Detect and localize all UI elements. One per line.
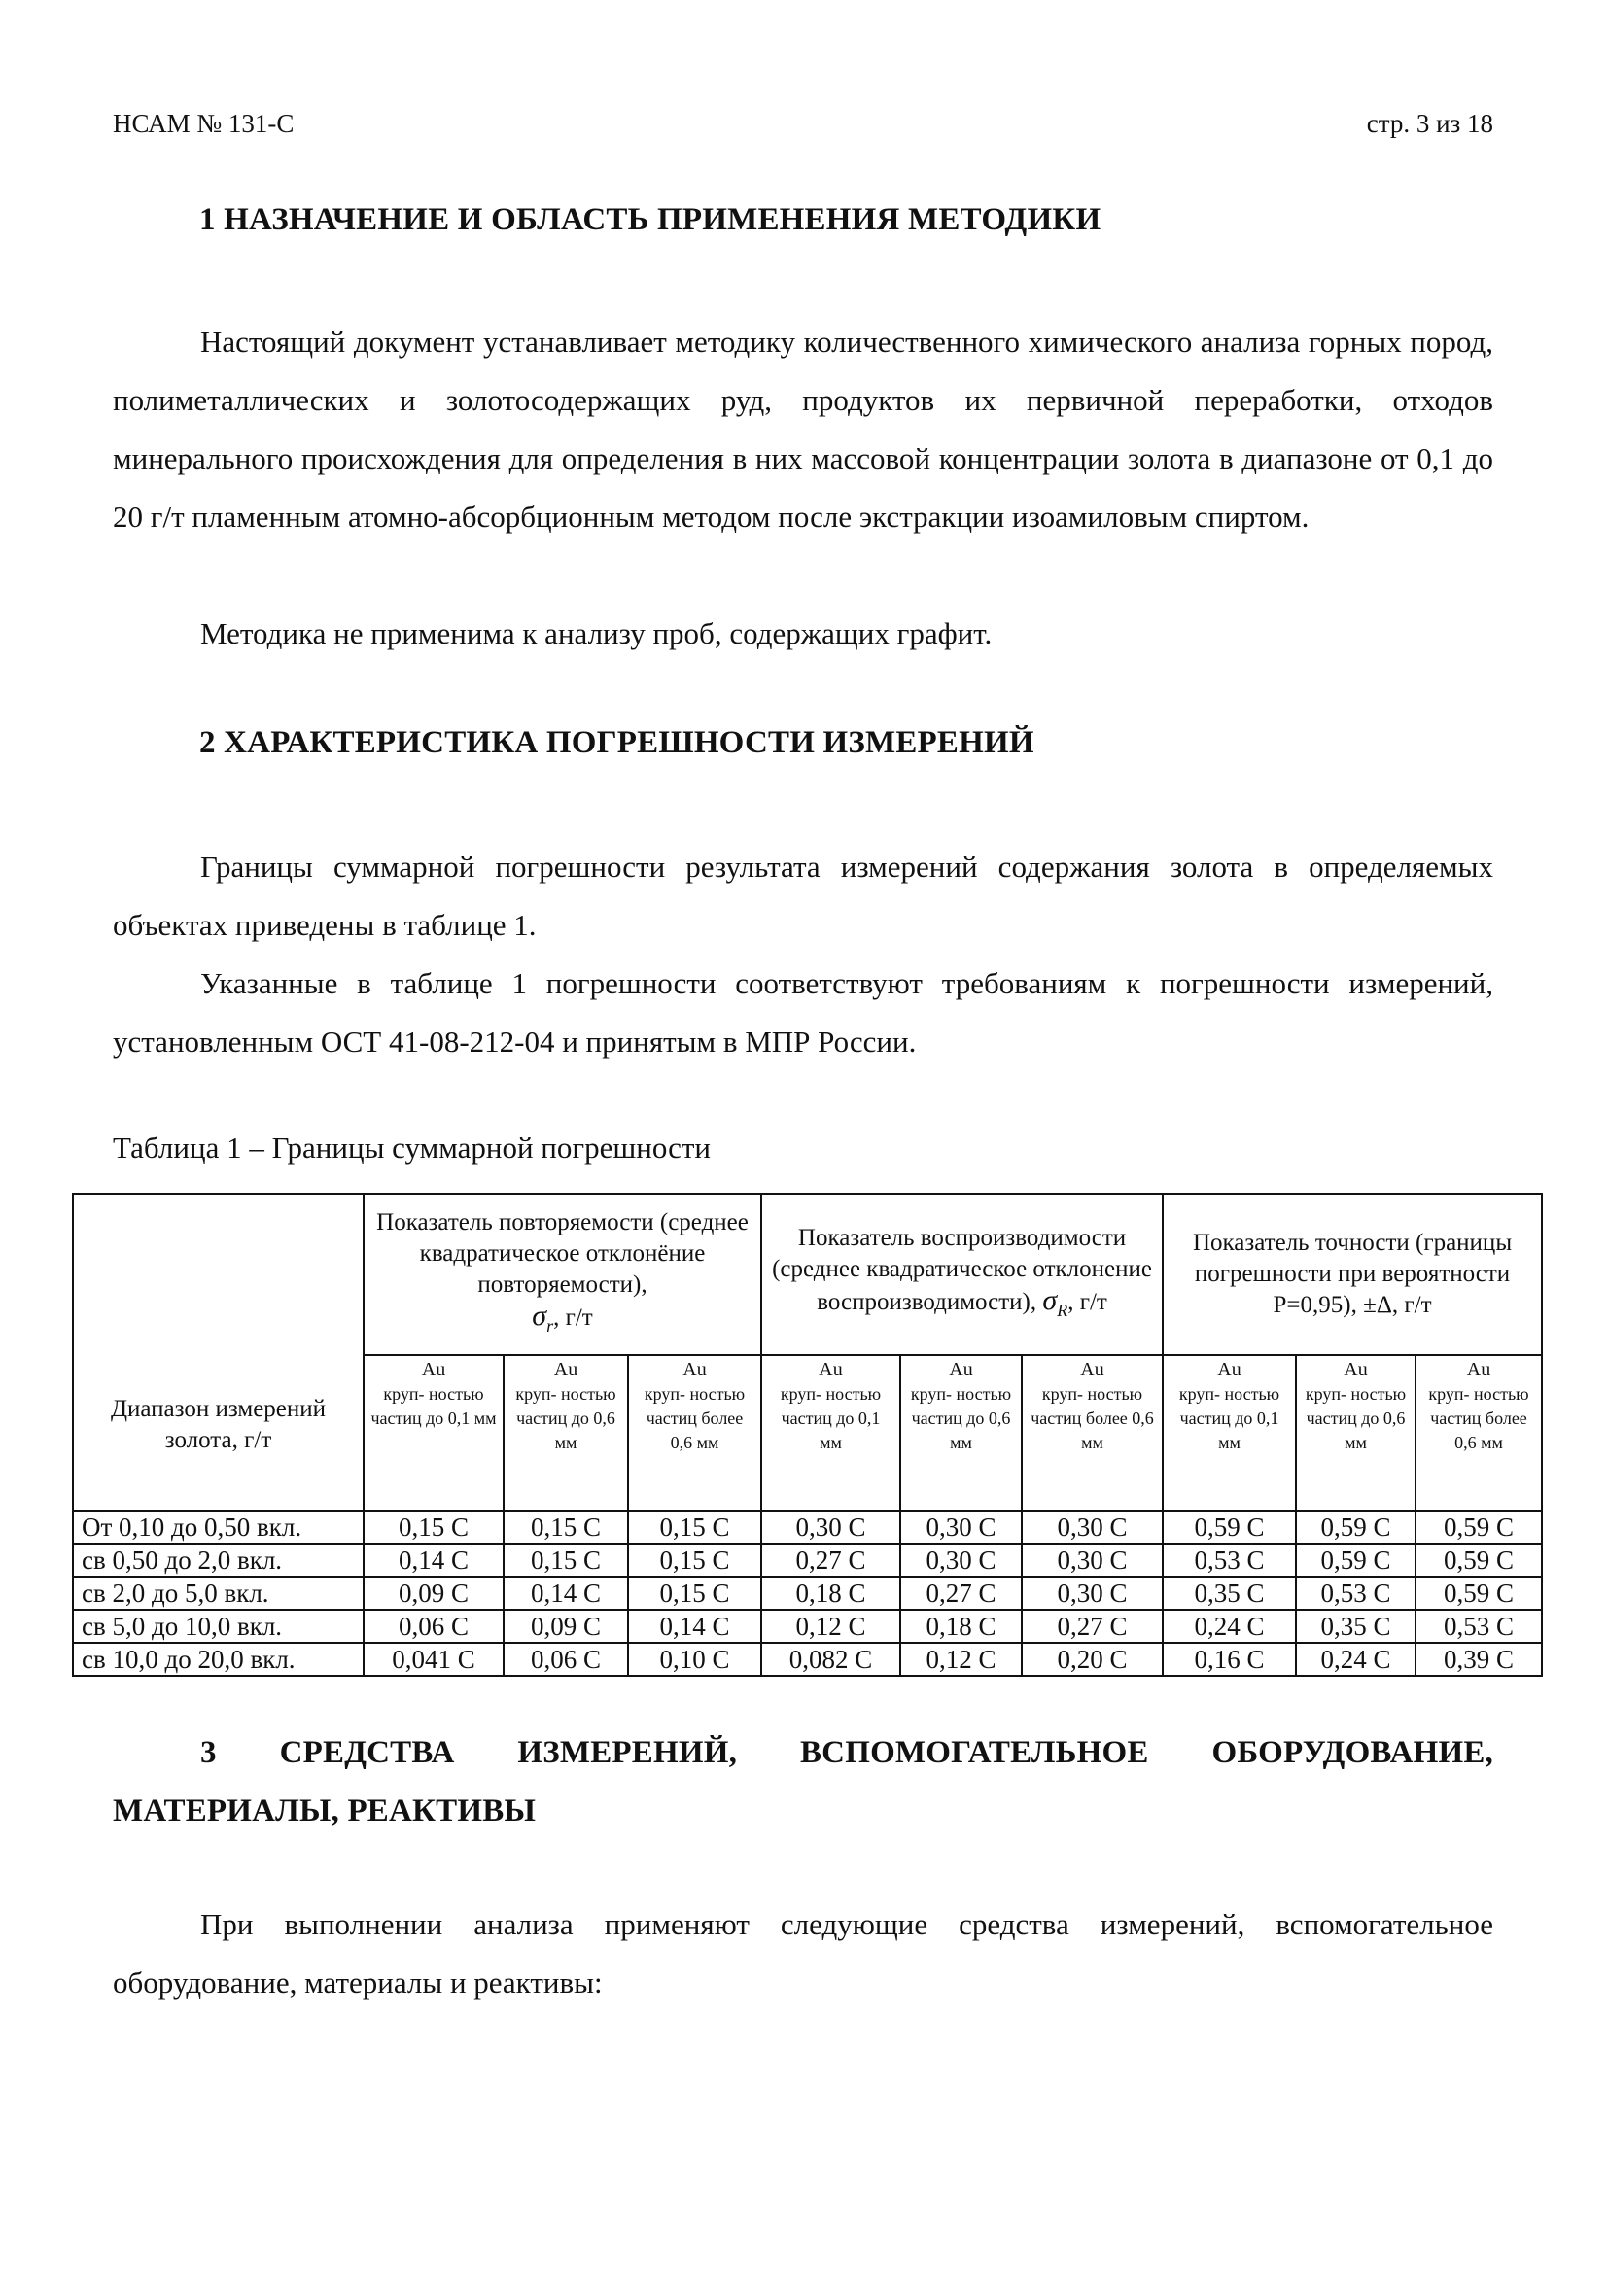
value-cell: 0,10 С	[628, 1643, 761, 1676]
range-cell: От 0,10 до 0,50 вкл.	[73, 1511, 364, 1544]
section-1-paragraph-1: Настоящий документ устанавливает методик…	[113, 313, 1493, 546]
value-cell: 0,30 С	[1022, 1511, 1163, 1544]
value-cell: 0,27 С	[761, 1544, 900, 1577]
document-id: НСАМ № 131-С	[113, 109, 294, 139]
value-cell: 0,39 С	[1416, 1643, 1542, 1676]
subcolumn-element: Au	[762, 1358, 899, 1382]
subcolumn-description: круп- ностью частиц до 0,6 мм	[1297, 1382, 1415, 1455]
subcolumn-description: круп- ностью частиц до 0,1 мм	[1164, 1382, 1295, 1455]
subcolumn-header: Auкруп- ностью частиц более 0,6 мм	[1022, 1355, 1163, 1511]
subcolumn-header: Auкруп- ностью частиц до 0,6 мм	[1296, 1355, 1416, 1511]
value-cell: 0,15 С	[364, 1511, 504, 1544]
section-2-paragraph-1: Границы суммарной погрешности результата…	[113, 838, 1493, 955]
subcolumn-header: Auкруп- ностью частиц более 0,6 мм	[628, 1355, 761, 1511]
reproducibility-group-header: Показатель воспроизводимости (среднее кв…	[761, 1194, 1163, 1355]
subcolumn-description: круп- ностью частиц до 0,6 мм	[505, 1382, 627, 1455]
subcolumn-description: круп- ностью частиц более 0,6 мм	[1416, 1382, 1541, 1455]
accuracy-label: Показатель точности (границы погрешности…	[1193, 1230, 1512, 1318]
sigma-R-symbol: σR	[1042, 1284, 1067, 1316]
value-cell: 0,16 С	[1163, 1643, 1296, 1676]
subcolumn-element: Au	[629, 1358, 760, 1382]
value-cell: 0,18 С	[900, 1610, 1022, 1643]
value-cell: 0,14 С	[628, 1610, 761, 1643]
subcolumn-element: Au	[1164, 1358, 1295, 1382]
subcolumn-element: Au	[505, 1358, 627, 1382]
section-1-heading: 1 НАЗНАЧЕНИЕ И ОБЛАСТЬ ПРИМЕНЕНИЯ МЕТОДИ…	[199, 202, 1101, 238]
value-cell: 0,20 С	[1022, 1643, 1163, 1676]
value-cell: 0,06 С	[504, 1643, 628, 1676]
value-cell: 0,53 С	[1416, 1610, 1542, 1643]
value-cell: 0,59 С	[1296, 1511, 1416, 1544]
section-2-heading: 2 ХАРАКТЕРИСТИКА ПОГРЕШНОСТИ ИЗМЕРЕНИЙ	[199, 725, 1034, 761]
range-cell: св 5,0 до 10,0 вкл.	[73, 1610, 364, 1643]
subcolumn-description: круп- ностью частиц до 0,1 мм	[762, 1382, 899, 1455]
subcolumn-description: круп- ностью частиц до 0,6 мм	[901, 1382, 1021, 1455]
table-row: св 5,0 до 10,0 вкл.0,06 С0,09 С0,14 С0,1…	[73, 1610, 1542, 1643]
range-cell: св 2,0 до 5,0 вкл.	[73, 1577, 364, 1610]
value-cell: 0,30 С	[761, 1511, 900, 1544]
table-header-row-groups: Диапазон измерений золота, г/т Показател…	[73, 1194, 1542, 1355]
subcolumn-element: Au	[1297, 1358, 1415, 1382]
value-cell: 0,35 С	[1296, 1610, 1416, 1643]
value-cell: 0,30 С	[1022, 1544, 1163, 1577]
subcolumn-header: Auкруп- ностью частиц до 0,1 мм	[1163, 1355, 1296, 1511]
subcolumn-header: Auкруп- ностью частиц более 0,6 мм	[1416, 1355, 1542, 1511]
range-cell: св 10,0 до 20,0 вкл.	[73, 1643, 364, 1676]
value-cell: 0,15 С	[628, 1544, 761, 1577]
subcolumn-header: Auкруп- ностью частиц до 0,6 мм	[900, 1355, 1022, 1511]
subcolumn-element: Au	[901, 1358, 1021, 1382]
repeatability-label: Показатель повторяемости (среднее квадра…	[376, 1209, 749, 1298]
table-row: св 0,50 до 2,0 вкл.0,14 С0,15 С0,15 С0,2…	[73, 1544, 1542, 1577]
value-cell: 0,35 С	[1163, 1577, 1296, 1610]
section-1-paragraph-2: Методика не применима к анализу проб, со…	[113, 605, 1493, 663]
value-cell: 0,15 С	[628, 1511, 761, 1544]
table-body: От 0,10 до 0,50 вкл.0,15 С0,15 С0,15 С0,…	[73, 1511, 1542, 1676]
error-bounds-table: Диапазон измерений золота, г/т Показател…	[72, 1193, 1543, 1677]
value-cell: 0,15 С	[504, 1544, 628, 1577]
table-row: св 2,0 до 5,0 вкл.0,09 С0,14 С0,15 С0,18…	[73, 1577, 1542, 1610]
value-cell: 0,24 С	[1296, 1643, 1416, 1676]
value-cell: 0,14 С	[504, 1577, 628, 1610]
value-cell: 0,082 С	[761, 1643, 900, 1676]
range-column-header: Диапазон измерений золота, г/т	[73, 1194, 364, 1511]
repeatability-unit: , г/т	[553, 1305, 593, 1331]
value-cell: 0,59 С	[1163, 1511, 1296, 1544]
value-cell: 0,53 С	[1163, 1544, 1296, 1577]
accuracy-group-header: Показатель точности (границы погрешности…	[1163, 1194, 1542, 1355]
value-cell: 0,15 С	[504, 1511, 628, 1544]
subcolumn-header: Auкруп- ностью частиц до 0,1 мм	[364, 1355, 504, 1511]
section-3-paragraph-1: При выполнении анализа применяют следующ…	[113, 1896, 1493, 2012]
value-cell: 0,12 С	[761, 1610, 900, 1643]
section-3-heading: 3 СРЕДСТВА ИЗМЕРЕНИЙ, ВСПОМОГАТЕЛЬНОЕ ОБ…	[113, 1723, 1493, 1840]
value-cell: 0,12 С	[900, 1643, 1022, 1676]
section-2-paragraph-2: Указанные в таблице 1 погрешности соотве…	[113, 955, 1493, 1071]
subcolumn-header: Auкруп- ностью частиц до 0,1 мм	[761, 1355, 900, 1511]
subcolumn-element: Au	[365, 1358, 503, 1382]
subcolumn-description: круп- ностью частиц до 0,1 мм	[365, 1382, 503, 1431]
value-cell: 0,59 С	[1416, 1544, 1542, 1577]
table-row: От 0,10 до 0,50 вкл.0,15 С0,15 С0,15 С0,…	[73, 1511, 1542, 1544]
repeatability-group-header: Показатель повторяемости (среднее квадра…	[364, 1194, 761, 1355]
value-cell: 0,27 С	[1022, 1610, 1163, 1643]
value-cell: 0,27 С	[900, 1577, 1022, 1610]
value-cell: 0,14 С	[364, 1544, 504, 1577]
subcolumn-element: Au	[1023, 1358, 1162, 1382]
value-cell: 0,59 С	[1416, 1577, 1542, 1610]
subcolumn-element: Au	[1416, 1358, 1541, 1382]
subcolumn-description: круп- ностью частиц более 0,6 мм	[1023, 1382, 1162, 1455]
value-cell: 0,30 С	[900, 1544, 1022, 1577]
value-cell: 0,24 С	[1163, 1610, 1296, 1643]
subcolumn-description: круп- ностью частиц более 0,6 мм	[629, 1382, 760, 1455]
value-cell: 0,30 С	[1022, 1577, 1163, 1610]
page-number: стр. 3 из 18	[1367, 109, 1493, 139]
value-cell: 0,09 С	[504, 1610, 628, 1643]
subcolumn-header: Auкруп- ностью частиц до 0,6 мм	[504, 1355, 628, 1511]
value-cell: 0,53 С	[1296, 1577, 1416, 1610]
value-cell: 0,041 С	[364, 1643, 504, 1676]
value-cell: 0,15 С	[628, 1577, 761, 1610]
table-row: св 10,0 до 20,0 вкл.0,041 С0,06 С0,10 С0…	[73, 1643, 1542, 1676]
reproducibility-unit: , г/т	[1067, 1289, 1107, 1315]
value-cell: 0,09 С	[364, 1577, 504, 1610]
sigma-r-symbol: σr	[532, 1300, 553, 1332]
range-cell: св 0,50 до 2,0 вкл.	[73, 1544, 364, 1577]
range-column-header-text: Диапазон измерений золота, г/т	[111, 1396, 326, 1453]
value-cell: 0,59 С	[1416, 1511, 1542, 1544]
value-cell: 0,59 С	[1296, 1544, 1416, 1577]
value-cell: 0,30 С	[900, 1511, 1022, 1544]
value-cell: 0,18 С	[761, 1577, 900, 1610]
table-1-caption: Таблица 1 – Границы суммарной погрешност…	[113, 1131, 711, 1165]
value-cell: 0,06 С	[364, 1610, 504, 1643]
